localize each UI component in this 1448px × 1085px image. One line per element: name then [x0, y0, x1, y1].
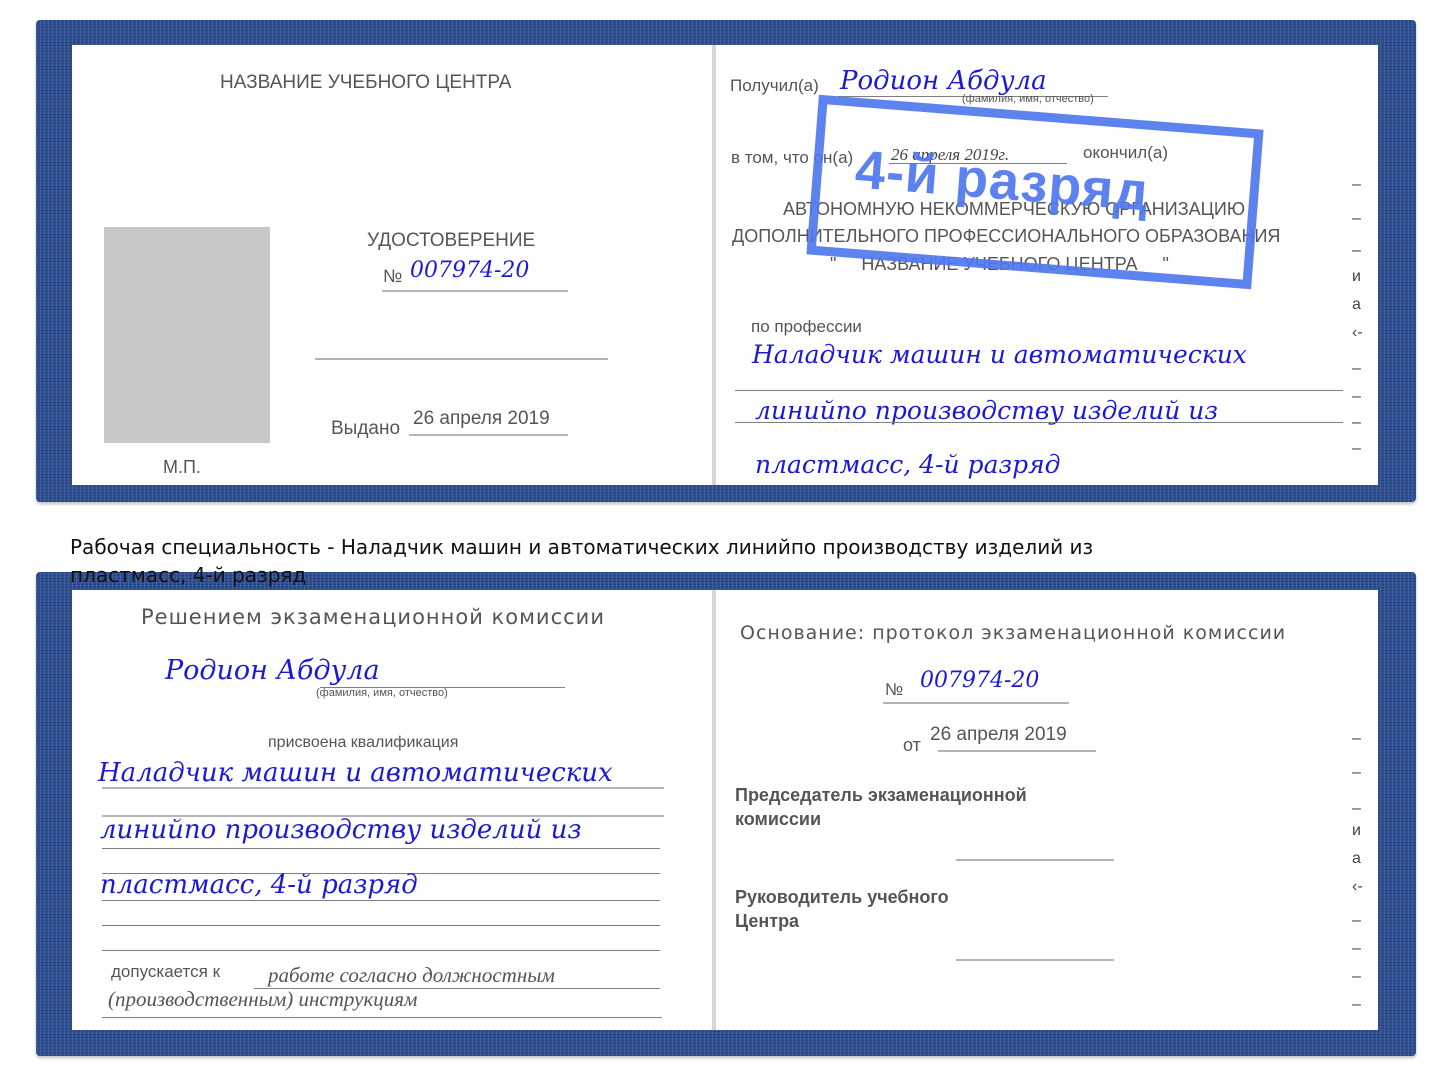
edge-mark: – — [1352, 176, 1361, 194]
profession-line-3: пластмасс, 4-й разряд — [755, 450, 1061, 479]
qualification-recipient-name: Родион Абдула — [165, 655, 380, 686]
profession-line-1: Наладчик машин и автоматических — [752, 340, 1247, 369]
issued-date: 26 апреля 2019 — [413, 408, 550, 430]
number-label: № — [383, 266, 402, 287]
edge-mark: – — [1352, 388, 1361, 406]
qualification-line-2: линийпо производству изделий из — [100, 815, 582, 845]
qualification-underline-3 — [102, 848, 660, 849]
protocol-number-underline — [883, 702, 1069, 704]
qualification-underline-1 — [102, 787, 664, 789]
number-underline — [382, 290, 568, 292]
commission-heading: Решением экзаменационной комиссии — [141, 605, 605, 629]
from-date-underline — [938, 750, 1096, 752]
doc-title: УДОСТОВЕРЕНИЕ — [367, 230, 535, 252]
qualification-name-hint: (фамилия, имя, отчество) — [316, 687, 448, 699]
issued-underline — [409, 434, 568, 436]
edge-mark: а — [1352, 296, 1361, 314]
qualification-underline-5 — [102, 900, 660, 901]
head-signature-line — [956, 959, 1114, 961]
edge-mark: – — [1352, 242, 1361, 260]
protocol-number: 007974-20 — [920, 668, 1039, 693]
edge-mark: – — [1352, 414, 1361, 432]
chairman-label-2: комиссии — [735, 809, 821, 830]
edge-mark: – — [1352, 800, 1361, 818]
head-label-2: Центра — [735, 911, 799, 932]
basis-heading: Основание: протокол экзаменационной коми… — [740, 622, 1286, 644]
specialty-caption: Рабочая специальность - Наладчик машин и… — [70, 533, 1100, 589]
edge-mark: и — [1352, 268, 1361, 286]
profession-line-2: линийпо производству изделий из — [755, 396, 1218, 425]
edge-mark: – — [1352, 912, 1361, 930]
spine-bottom — [712, 590, 716, 1030]
edge-mark: – — [1352, 210, 1361, 228]
edge-mark: – — [1352, 730, 1361, 748]
edge-mark: а — [1352, 850, 1361, 868]
qualification-line-1: Наладчик машин и автоматических — [98, 758, 613, 788]
admitted-label: допускается к — [111, 962, 220, 982]
edge-mark: – — [1352, 968, 1361, 986]
admitted-line-1: работе согласно должностным — [268, 963, 555, 988]
center-name: НАЗВАНИЕ УЧЕБНОГО ЦЕНТРА — [220, 72, 512, 94]
chairman-label-1: Председатель экзаменационной — [735, 785, 1027, 806]
photo-placeholder — [104, 227, 270, 443]
spine-top — [712, 45, 716, 485]
name-hint: (фамилия, имя, отчество) — [962, 93, 1094, 105]
profession-underline-1 — [735, 390, 1343, 391]
certificate-number: 007974-20 — [410, 258, 529, 283]
edge-mark: – — [1352, 996, 1361, 1014]
qualification-line-3: пластмасс, 4-й разряд — [100, 870, 418, 900]
assigned-label: присвоена квалификация — [268, 734, 458, 752]
head-label-1: Руководитель учебного — [735, 887, 949, 908]
qualification-underline-7 — [102, 950, 660, 951]
profession-label: по профессии — [751, 317, 862, 337]
protocol-number-label: № — [885, 680, 903, 700]
edge-mark: – — [1352, 360, 1361, 378]
from-date: 26 апреля 2019 — [930, 724, 1067, 746]
edge-mark: ‹- — [1352, 878, 1363, 896]
edge-mark: и — [1352, 822, 1361, 840]
admitted-line-2: (производственным) инструкциям — [108, 987, 417, 1012]
blank-line — [315, 358, 608, 360]
recipient-name: Родион Абдула — [840, 66, 1047, 96]
edge-mark: – — [1352, 764, 1361, 782]
issued-label: Выдано — [331, 418, 400, 440]
chairman-signature-line — [956, 859, 1114, 861]
admitted-underline-2 — [102, 1017, 662, 1018]
edge-mark: – — [1352, 940, 1361, 958]
from-label: от — [903, 735, 921, 756]
edge-mark: – — [1352, 440, 1361, 458]
qualification-underline-6 — [102, 925, 660, 926]
received-label: Получил(а) — [730, 76, 819, 96]
profession-underline-2 — [735, 422, 1343, 423]
edge-mark: ‹- — [1352, 324, 1363, 342]
stamp-place: М.П. — [163, 457, 201, 478]
